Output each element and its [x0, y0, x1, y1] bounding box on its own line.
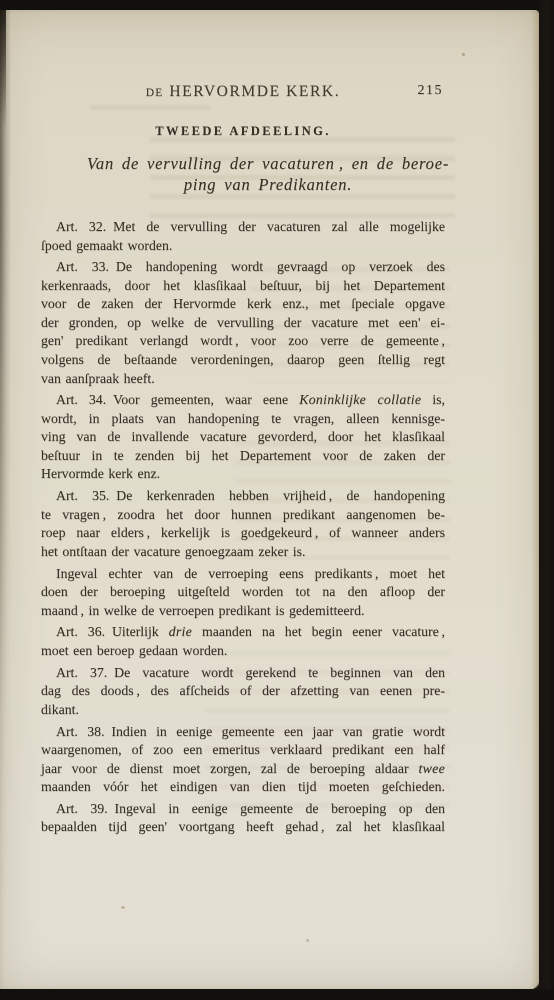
- text-line: dikant.: [41, 701, 445, 720]
- text-line: bepaalden tijd geen' voortgang heeft geh…: [41, 818, 445, 837]
- text-line: Art. 34. Voor gemeenten, waar eene Konin…: [41, 391, 445, 410]
- running-title: DEHERVORMDE KERK.: [41, 83, 445, 101]
- scan-border-bottom: [0, 989, 554, 1000]
- running-title-article: DE: [146, 87, 164, 99]
- text-line: van aanſpraak heeft.: [41, 370, 445, 389]
- paragraph-ingeval: Ingeval echter van de verroeping eens pr…: [41, 565, 445, 621]
- chapter-title: Van de vervulling der vacaturen , en de …: [50, 154, 486, 195]
- foxing-spot: [462, 53, 465, 56]
- scan-border-top: [0, 0, 554, 10]
- text-line: wordt, in plaats van handopening te vrag…: [41, 410, 445, 429]
- ink-bleedthrough: [90, 105, 210, 118]
- text-line: Art. 36. Uiterlijk drie maanden na het b…: [41, 623, 445, 642]
- text-segment: maanden na het begin eener vacature ,: [192, 624, 445, 639]
- foxing-spot: [306, 939, 309, 942]
- paragraph-art-37: Art. 37. De vacature wordt gerekend te b…: [41, 664, 445, 720]
- paragraph-art-38: Art. 38. Indien in eenige gemeente een j…: [41, 723, 445, 797]
- section-heading: TWEEDE AFDEELING.: [41, 124, 445, 139]
- chapter-title-line-1: Van de vervulling der vacaturen , en de …: [50, 154, 486, 175]
- binding-gutter-shadow: [0, 9, 11, 990]
- text-line: kerkenraads, door het klasſikaal beſtuur…: [41, 277, 445, 296]
- chapter-title-line-2: ping van Predikanten.: [50, 175, 486, 196]
- text-line: dag des doods , des afſcheids of der afz…: [41, 682, 445, 701]
- paragraph-art-32: Art. 32. Met de vervulling der vacaturen…: [41, 218, 445, 255]
- text-line: Hervormde kerk enz.: [41, 465, 445, 484]
- text-line: maanden vóór het eindigen van dien tijd …: [41, 778, 445, 797]
- text-line: waargenomen, of zoo een emeritus verklaa…: [41, 741, 445, 760]
- paragraph-art-35: Art. 35. De kerkenraden hebben vrijheid …: [41, 487, 445, 561]
- italic-phrase: Koninklijke collatie: [299, 392, 421, 407]
- text-segment: jaar voor de dienst moet zorgen, zal de …: [41, 761, 419, 776]
- text-line: Ingeval echter van de verroeping eens pr…: [41, 565, 445, 584]
- text-line: jaar voor de dienst moet zorgen, zal de …: [41, 760, 445, 779]
- text-line: voor de zaken der Hervormde kerk enz., m…: [41, 295, 445, 314]
- text-line: der gronden, op welke de vervulling der …: [41, 314, 445, 333]
- paragraph-art-36: Art. 36. Uiterlijk drie maanden na het b…: [41, 623, 445, 660]
- text-line: Art. 32. Met de vervulling der vacaturen…: [41, 218, 445, 237]
- page-number: 215: [418, 83, 444, 99]
- page-header: DEHERVORMDE KERK. 215: [41, 83, 445, 101]
- book-scan: DEHERVORMDE KERK. 215 TWEEDE AFDEELING. …: [0, 0, 554, 1000]
- text-line: het ontſtaan der vacature genoegzaam zek…: [41, 543, 445, 562]
- text-line: Art. 38. Indien in eenige gemeente een j…: [41, 723, 445, 742]
- text-line: te vragen , zoodra het door hunnen predi…: [41, 506, 445, 525]
- body-text: Art. 32. Met de vervulling der vacaturen…: [41, 218, 445, 840]
- text-line: moet een beroep gedaan worden.: [41, 642, 445, 661]
- text-segment: Art. 36. Uiterlijk: [56, 624, 169, 639]
- text-line: beſtuur in te zenden bij het Departement…: [41, 447, 445, 466]
- text-line: doen der beroeping uitgeſteld worden tot…: [41, 583, 445, 602]
- italic-phrase: drie: [169, 624, 192, 639]
- text-line: maand , in welke de verroepen predikant …: [41, 602, 445, 621]
- paragraph-art-39: Art. 39. Ingeval in eenige gemeente de b…: [41, 800, 445, 837]
- text-line: volgens de beſtaande verordeningen, daar…: [41, 351, 445, 370]
- paragraph-art-34: Art. 34. Voor gemeenten, waar eene Konin…: [41, 391, 445, 484]
- text-line: Art. 35. De kerkenraden hebben vrijheid …: [41, 487, 445, 506]
- running-title-text: HERVORMDE KERK.: [169, 83, 340, 100]
- text-line: gen' predikant verlangd wordt , voor zoo…: [41, 332, 445, 351]
- text-line: Art. 33. De handopening wordt gevraagd o…: [41, 258, 445, 277]
- text-segment: is,: [421, 392, 445, 407]
- paragraph-art-33: Art. 33. De handopening wordt gevraagd o…: [41, 258, 445, 388]
- text-line: ving van de invallende vacature gevorder…: [41, 428, 445, 447]
- text-line: Art. 37. De vacature wordt gerekend te b…: [41, 664, 445, 683]
- italic-phrase: twee: [419, 761, 445, 776]
- text-line: roep naar elders , kerkelijk is goedgeke…: [41, 524, 445, 543]
- foxing-spot: [121, 906, 125, 909]
- text-segment: Art. 34. Voor gemeenten, waar eene: [56, 392, 299, 407]
- text-line: ſpoed gemaakt worden.: [41, 237, 445, 256]
- text-line: Art. 39. Ingeval in eenige gemeente de b…: [41, 800, 445, 819]
- binding-shadow-top: [0, 9, 6, 129]
- scan-border-right: [539, 0, 554, 1000]
